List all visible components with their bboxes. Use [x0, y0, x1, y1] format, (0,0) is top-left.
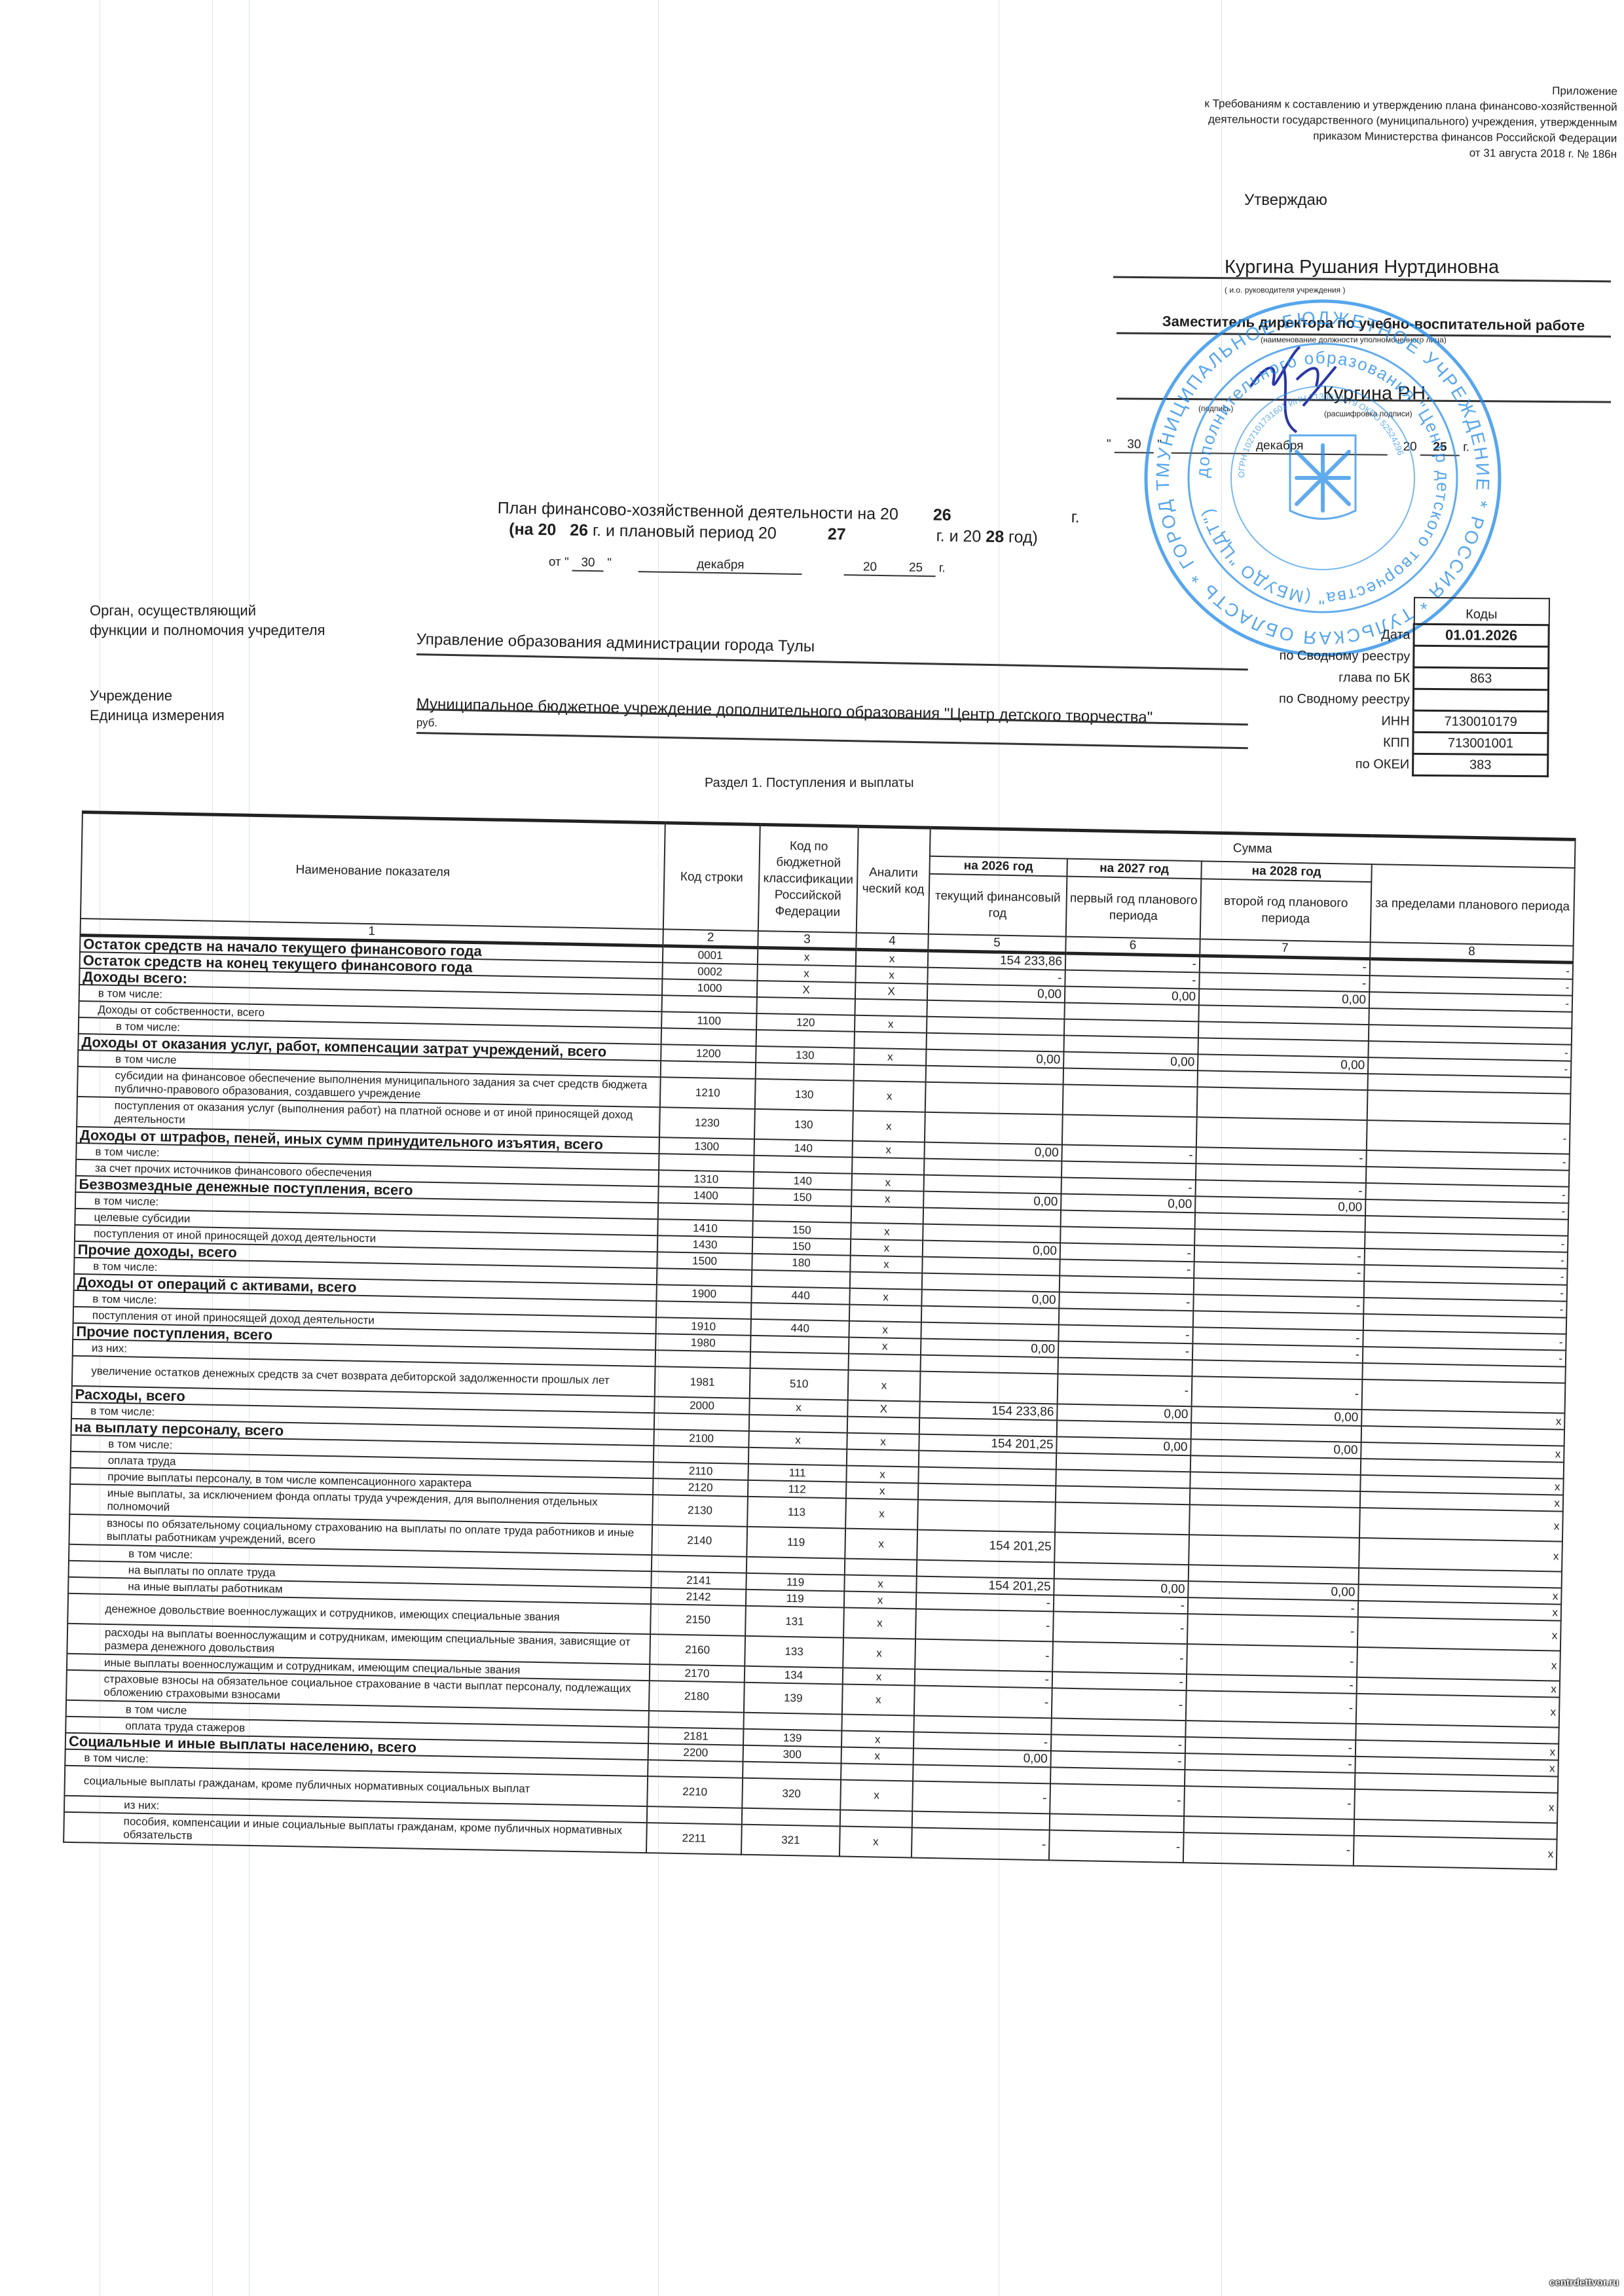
- code-row: по ОКЕИ383: [1243, 752, 1548, 776]
- row-value-2027: [1050, 1813, 1184, 1832]
- row-value-2027: [1063, 1085, 1198, 1118]
- column-number: 5: [928, 934, 1065, 953]
- plan-date-suffix: г.: [939, 561, 946, 575]
- codes-header: Коды: [1414, 598, 1549, 625]
- row-value-beyond: x: [1354, 1836, 1557, 1870]
- row-value-2027: [1056, 1469, 1190, 1488]
- row-value-beyond: [1362, 1379, 1566, 1413]
- row-value-2027: [1050, 1767, 1185, 1786]
- row-value-2028: -: [1187, 1644, 1357, 1677]
- row-code: [659, 1154, 754, 1172]
- row-value-beyond: [1367, 1090, 1571, 1124]
- row-value-2027: 0,00: [1054, 1578, 1188, 1597]
- plan-title-suffix: г.: [1071, 508, 1080, 526]
- row-value-2026: -: [927, 968, 1065, 987]
- row-value-2027: -: [1058, 1324, 1192, 1343]
- row-value-2028: -: [1183, 1832, 1354, 1866]
- row-budget-code: [747, 1557, 845, 1575]
- plan-date-year: 25: [896, 560, 935, 577]
- row-budget-code: 111: [748, 1464, 846, 1482]
- row-value-2026: [921, 1306, 1059, 1325]
- row-analytic-code: x: [852, 1174, 924, 1192]
- row-analytic-code: x: [840, 1826, 912, 1857]
- head-caption: ( и.о. руководителя учреждения ): [1225, 285, 1345, 295]
- row-value-2026: [924, 1159, 1061, 1178]
- row-budget-code: 112: [748, 1480, 846, 1499]
- plan-period-year2: 27: [781, 523, 892, 546]
- row-budget-code: 130: [754, 1109, 853, 1141]
- row-analytic-code: [845, 1559, 917, 1576]
- row-value-2026: [926, 1066, 1063, 1085]
- row-value-2028: [1196, 1117, 1367, 1150]
- institution-label-text: Учреждение: [90, 686, 225, 706]
- code-row: ИНН7130010179: [1244, 709, 1549, 733]
- row-analytic-code: X: [847, 1400, 919, 1418]
- row-code: 1981: [655, 1366, 750, 1398]
- code-row: по Сводному реестру: [1244, 687, 1549, 711]
- appendix-reference: Приложение к Требованиям к составлению и…: [1119, 79, 1617, 162]
- row-code: 2181: [648, 1727, 743, 1745]
- row-value-2028: -: [1186, 1690, 1357, 1724]
- row-budget-code: 130: [756, 1046, 854, 1065]
- row-code: [647, 1806, 742, 1825]
- row-value-2026: [917, 1560, 1054, 1579]
- row-analytic-code: [841, 1763, 913, 1781]
- row-analytic-code: x: [856, 949, 928, 968]
- row-value-2026: [922, 1273, 1060, 1292]
- row-value-2027: [1054, 1562, 1189, 1581]
- header-beyond: за пределами планового периода: [1371, 864, 1575, 946]
- row-budget-code: 119: [746, 1573, 844, 1592]
- row-code: 0002: [662, 962, 757, 981]
- row-budget-code: [754, 1156, 852, 1174]
- row-analytic-code: x: [848, 1370, 921, 1402]
- row-budget-code: [750, 1336, 849, 1354]
- row-value-2026: 154 233,86: [928, 951, 1065, 970]
- row-value-2027: 0,00: [1063, 1052, 1198, 1071]
- row-value-2026: [920, 1372, 1058, 1404]
- row-code: 2180: [649, 1681, 745, 1713]
- approval-date: " 30 " декабря 20 25 г.: [1107, 437, 1469, 456]
- row-analytic-code: x: [855, 1015, 927, 1033]
- row-budget-code: [743, 1713, 841, 1731]
- row-code: 1310: [659, 1170, 754, 1188]
- row-value-2027: -: [1058, 1374, 1192, 1406]
- row-budget-code: 510: [750, 1368, 849, 1400]
- plan-date-day: 30: [572, 556, 604, 572]
- row-value-2027: -: [1052, 1641, 1187, 1674]
- plan-date: от " 30 " декабря 2025 г.: [549, 555, 946, 577]
- row-budget-code: 440: [751, 1286, 849, 1305]
- row-analytic-code: [855, 1032, 927, 1049]
- row-code: [656, 1301, 751, 1319]
- row-value-2026: 0,00: [924, 1142, 1061, 1161]
- row-code: 1100: [661, 1011, 756, 1030]
- approval-month: декабря: [1172, 438, 1388, 456]
- row-value-2026: [927, 1000, 1064, 1019]
- row-value-2027: [1058, 1357, 1192, 1376]
- row-budget-code: [750, 1352, 849, 1370]
- row-value-2027: -: [1065, 953, 1200, 972]
- row-analytic-code: x: [850, 1256, 922, 1273]
- row-value-2027: [1059, 1308, 1193, 1327]
- row-value-2027: -: [1065, 970, 1199, 989]
- row-code: 1910: [656, 1317, 751, 1336]
- row-analytic-code: [851, 1207, 923, 1224]
- row-value-2026: [912, 1811, 1050, 1830]
- row-budget-code: 320: [742, 1778, 841, 1810]
- row-analytic-code: [849, 1354, 921, 1372]
- approval-day: 30: [1115, 437, 1154, 454]
- row-value-2026: -: [916, 1593, 1054, 1612]
- code-row: глава по БК863: [1244, 666, 1549, 689]
- row-analytic-code: x: [853, 1081, 926, 1112]
- row-budget-code: 440: [750, 1319, 849, 1338]
- row-value-2027: -: [1050, 1783, 1185, 1816]
- document-page: Приложение к Требованиям к составлению и…: [0, 0, 1624, 2296]
- row-code: 2200: [648, 1743, 743, 1762]
- row-value-2026: -: [912, 1781, 1050, 1814]
- row-analytic-code: [847, 1449, 919, 1467]
- row-value-2026: [918, 1467, 1056, 1486]
- row-value-2027: 0,00: [1065, 987, 1199, 1006]
- row-budget-code: x: [757, 964, 855, 983]
- row-value-2027: [1061, 1210, 1195, 1229]
- unit-label-text: Единица измерения: [90, 706, 225, 725]
- row-code: [654, 1413, 749, 1431]
- row-code: 1400: [658, 1186, 753, 1205]
- founder-label-line1: Орган, осуществляющий: [90, 601, 325, 621]
- row-value-2026: [925, 1082, 1063, 1115]
- plan-date-quote: ": [607, 556, 612, 570]
- header-2026-title: на 2026 год: [929, 856, 1067, 877]
- row-value-2028: -: [1192, 1376, 1363, 1410]
- section-title: Раздел 1. Поступления и выплаты: [705, 776, 913, 791]
- plan-date-month: декабря: [638, 556, 802, 575]
- row-code: 1210: [660, 1077, 756, 1109]
- row-value-2027: -: [1054, 1595, 1188, 1614]
- row-code: 2130: [652, 1495, 748, 1527]
- row-code: 1230: [659, 1107, 755, 1139]
- row-value-2026: 154 201,25: [916, 1576, 1054, 1595]
- founder-label: Орган, осуществляющий функции и полномоч…: [90, 601, 325, 640]
- row-budget-code: 134: [745, 1666, 843, 1685]
- row-value-2027: [1054, 1532, 1189, 1565]
- row-value-2027: [1064, 1003, 1198, 1022]
- code-value: [1413, 689, 1548, 711]
- row-analytic-code: x: [845, 1499, 918, 1530]
- row-analytic-code: [847, 1417, 919, 1434]
- row-code: 1000: [662, 979, 757, 997]
- unit-underline: [416, 732, 1248, 749]
- row-budget-code: [753, 1205, 851, 1223]
- row-budget-code: X: [757, 981, 855, 999]
- row-value-2027: -: [1051, 1734, 1185, 1753]
- row-value-2027: [1060, 1226, 1194, 1245]
- row-value-2028: -: [1187, 1614, 1358, 1647]
- row-value-2026: [924, 1175, 1061, 1194]
- row-budget-code: 150: [752, 1221, 851, 1239]
- row-value-2026: 0,00: [927, 984, 1065, 1003]
- row-code: 1500: [657, 1252, 752, 1270]
- row-value-2026: [927, 1033, 1064, 1052]
- founder-label-line2: функции и полномочия учредителя: [90, 621, 325, 640]
- row-value-2026: [917, 1500, 1056, 1533]
- plan-period-prefix: (на 20: [509, 520, 557, 539]
- row-analytic-code: x: [843, 1608, 916, 1639]
- row-code: 1200: [661, 1044, 756, 1063]
- code-label: глава по БК: [1244, 666, 1414, 689]
- row-budget-code: 133: [745, 1636, 843, 1668]
- row-value-2026: [919, 1418, 1057, 1437]
- plan-title: План финансово-хозяйственной деятельност…: [497, 498, 1080, 549]
- code-value: 863: [1414, 667, 1549, 689]
- row-code: 2170: [650, 1664, 745, 1683]
- finance-table: Наименование показателя Код строки Код п…: [63, 811, 1575, 1870]
- row-analytic-code: [855, 999, 927, 1017]
- row-value-2026: [913, 1765, 1050, 1784]
- row-analytic-code: x: [847, 1433, 919, 1451]
- row-analytic-code: x: [841, 1747, 913, 1764]
- row-analytic-code: x: [846, 1482, 918, 1500]
- row-budget-code: 119: [746, 1590, 844, 1608]
- plan-period-year3: 28: [986, 528, 1004, 546]
- row-budget-code: [743, 1762, 841, 1780]
- approval-year-suffix: г.: [1463, 441, 1469, 454]
- plan-period-mid: г. и плановый период 20: [593, 521, 777, 542]
- row-value-2026: -: [915, 1669, 1052, 1688]
- row-budget-code: 131: [745, 1606, 844, 1638]
- code-row: Дата01.01.2026: [1244, 623, 1549, 646]
- row-code: [654, 1446, 748, 1464]
- row-code: [661, 1061, 756, 1079]
- row-value-2027: [1060, 1275, 1194, 1294]
- row-code: 2141: [651, 1571, 746, 1590]
- row-budget-code: [751, 1303, 849, 1321]
- column-number: 3: [758, 931, 856, 949]
- row-budget-code: 180: [752, 1254, 850, 1272]
- row-value-2026: [921, 1355, 1058, 1374]
- header-analytic-code: Аналити ческий код: [857, 826, 931, 934]
- row-value-2026: -: [913, 1732, 1051, 1751]
- row-budget-code: x: [758, 947, 856, 966]
- row-analytic-code: x: [842, 1685, 915, 1716]
- row-analytic-code: x: [855, 966, 927, 984]
- row-value-2027: -: [1053, 1611, 1188, 1644]
- row-value-2026: [923, 1208, 1061, 1227]
- row-code: 2100: [654, 1429, 748, 1448]
- plan-period-and: г. и 20: [936, 527, 981, 546]
- signature-caption: (подпись): [1198, 404, 1233, 413]
- head-name: Кургина Рушания Нуртдиновна: [1225, 257, 1499, 278]
- row-code: [658, 1203, 753, 1221]
- row-code: 1980: [655, 1334, 750, 1352]
- plan-date-year-prefix: 20: [843, 560, 896, 576]
- row-value-2026: 0,00: [926, 1049, 1063, 1068]
- row-analytic-code: [854, 1065, 926, 1082]
- code-value: 383: [1413, 754, 1548, 776]
- row-analytic-code: X: [855, 983, 927, 1000]
- row-value-2028: [1197, 1087, 1368, 1120]
- row-analytic-code: x: [851, 1239, 923, 1257]
- row-budget-code: 300: [743, 1745, 841, 1764]
- row-code: 2211: [646, 1823, 742, 1855]
- row-value-2027: -: [1052, 1688, 1187, 1721]
- row-budget-code: 150: [752, 1237, 851, 1256]
- row-value-2026: [918, 1484, 1056, 1503]
- row-value-2027: [1062, 1115, 1197, 1148]
- row-value-2027: [1056, 1453, 1190, 1472]
- row-code: [662, 995, 757, 1013]
- row-budget-code: [756, 1063, 854, 1081]
- row-value-2027: -: [1058, 1341, 1192, 1360]
- header-name: Наименование показателя: [81, 812, 665, 930]
- plan-period-year: 26: [570, 521, 588, 539]
- row-code: [648, 1760, 743, 1778]
- row-value-beyond: -: [1367, 1120, 1570, 1154]
- row-value-2026: [921, 1322, 1058, 1341]
- row-code: 2210: [647, 1776, 743, 1808]
- row-analytic-code: x: [849, 1338, 921, 1355]
- code-label: по ОКЕИ: [1243, 752, 1413, 775]
- row-code: 2110: [653, 1462, 748, 1480]
- row-analytic-code: x: [843, 1638, 915, 1669]
- row-analytic-code: x: [843, 1668, 915, 1686]
- row-value-2026: [919, 1451, 1056, 1470]
- row-value-beyond: x: [1354, 1789, 1558, 1823]
- row-analytic-code: [850, 1272, 922, 1290]
- code-row: КПП713001001: [1243, 731, 1548, 754]
- founder-underline: [416, 653, 1248, 670]
- row-budget-code: [742, 1808, 840, 1827]
- row-code: 2120: [653, 1478, 748, 1497]
- row-analytic-code: x: [854, 1048, 926, 1066]
- column-number: 6: [1065, 937, 1200, 956]
- row-code: [661, 1028, 756, 1046]
- row-code: [648, 1711, 743, 1729]
- row-analytic-code: x: [851, 1190, 923, 1208]
- row-value-2026: [913, 1716, 1051, 1735]
- row-analytic-code: x: [846, 1466, 918, 1484]
- row-budget-code: 130: [755, 1079, 854, 1111]
- row-value-2026: 0,00: [923, 1241, 1060, 1260]
- plan-date-from: от ": [549, 555, 569, 569]
- institution-label: Учреждение Единица измерения: [90, 686, 225, 725]
- row-value-beyond: x: [1356, 1694, 1560, 1728]
- row-analytic-code: x: [845, 1529, 917, 1560]
- row-value-2026: -: [915, 1609, 1054, 1642]
- row-analytic-code: x: [849, 1321, 921, 1339]
- codes-box: Коды Дата01.01.2026по Сводному реестругл…: [1243, 596, 1598, 778]
- code-value: [1414, 646, 1549, 668]
- row-budget-code: [752, 1270, 850, 1288]
- row-budget-code: [749, 1415, 847, 1433]
- row-value-2026: -: [912, 1827, 1050, 1860]
- row-value-2027: [1051, 1718, 1185, 1737]
- row-budget-code: [756, 1030, 855, 1048]
- row-budget-code: 140: [754, 1139, 853, 1157]
- code-label: по Сводному реестру: [1244, 687, 1414, 710]
- row-budget-code: 150: [753, 1188, 851, 1207]
- row-value-2026: 0,00: [923, 1192, 1061, 1211]
- row-value-2027: 0,00: [1061, 1194, 1195, 1213]
- row-analytic-code: [840, 1810, 912, 1827]
- code-row: по Сводному реестру: [1244, 644, 1549, 668]
- row-budget-code: 139: [744, 1683, 843, 1715]
- row-value-2027: 0,00: [1057, 1404, 1191, 1423]
- row-code: 1430: [657, 1235, 752, 1254]
- column-number: 2: [663, 929, 758, 947]
- row-value-2027: -: [1061, 1145, 1196, 1164]
- row-budget-code: 120: [756, 1013, 855, 1032]
- row-code: 1410: [657, 1219, 752, 1237]
- row-budget-code: [756, 997, 855, 1015]
- header-2026-sub: текущий финансовый год: [929, 874, 1067, 937]
- row-value-2026: 154 201,25: [919, 1434, 1056, 1453]
- row-value-2027: -: [1060, 1243, 1194, 1262]
- row-code: [657, 1268, 752, 1286]
- row-value-2027: [1063, 1068, 1198, 1087]
- row-value-2027: -: [1050, 1751, 1185, 1770]
- row-analytic-code: [841, 1715, 913, 1732]
- row-value-2026: [925, 1112, 1063, 1145]
- row-code: [655, 1350, 750, 1368]
- header-budget-code: Код по бюджетной классификации Российско…: [758, 824, 858, 932]
- row-value-2027: [1057, 1420, 1191, 1439]
- row-value-2026: 0,00: [913, 1749, 1051, 1768]
- signer-position: Заместитель директора по учебно-воспитат…: [1162, 313, 1585, 335]
- row-analytic-code: x: [853, 1111, 925, 1142]
- row-value-2027: [1064, 1019, 1198, 1038]
- signature-icon: [1238, 340, 1349, 439]
- row-value-beyond: x: [1357, 1647, 1560, 1681]
- header-row-code: Код строки: [663, 823, 760, 931]
- row-value-2027: [1061, 1161, 1196, 1180]
- row-budget-code: 140: [754, 1172, 852, 1190]
- row-budget-code: 139: [743, 1729, 841, 1747]
- row-value-beyond: x: [1357, 1617, 1561, 1651]
- row-code: 2140: [652, 1525, 747, 1557]
- row-budget-code: x: [749, 1398, 847, 1417]
- row-value-2026: [923, 1224, 1060, 1243]
- plan-period-end: год): [1008, 528, 1038, 547]
- code-value: 7130010179: [1413, 710, 1548, 733]
- code-label: по Сводному реестру: [1244, 644, 1414, 667]
- code-label: ИНН: [1244, 709, 1414, 732]
- row-analytic-code: x: [844, 1575, 916, 1593]
- approval-year-prefix: 20: [1403, 440, 1416, 454]
- site-watermark: centrdettvor.ru: [1549, 2277, 1619, 2288]
- row-value-beyond: x: [1359, 1538, 1562, 1572]
- code-label: КПП: [1243, 731, 1413, 754]
- row-value-2027: -: [1049, 1830, 1184, 1863]
- approval-title: Утверждаю: [1244, 191, 1327, 210]
- plan-year: 26: [903, 504, 982, 526]
- row-budget-code: 321: [741, 1825, 840, 1857]
- row-value-2027: -: [1052, 1671, 1187, 1690]
- row-value-2028: -: [1184, 1786, 1355, 1819]
- row-budget-code: x: [748, 1431, 847, 1449]
- row-value-2027: [1055, 1502, 1190, 1535]
- row-analytic-code: x: [841, 1731, 913, 1749]
- row-value-2027: 0,00: [1056, 1436, 1190, 1455]
- row-budget-code: 119: [747, 1527, 845, 1559]
- header-2027-title: на 2027 год: [1067, 859, 1201, 879]
- row-value-2028: [1189, 1504, 1360, 1538]
- row-analytic-code: [849, 1305, 921, 1322]
- row-budget-code: [748, 1448, 847, 1466]
- row-code: 0001: [663, 946, 758, 964]
